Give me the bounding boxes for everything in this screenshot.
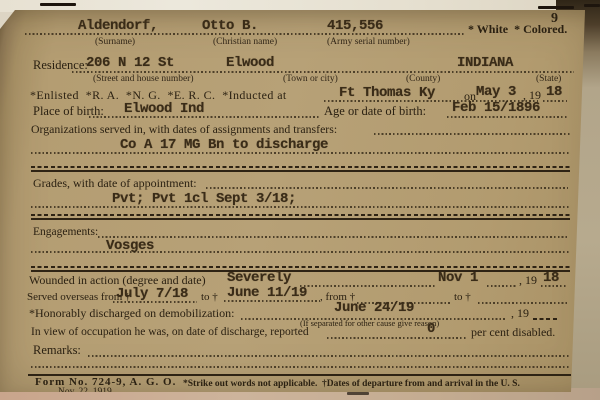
inducted-place-value: Ft Thomas Ky — [339, 86, 435, 101]
overseas-to-label2: to † — [454, 291, 471, 303]
dotted-rule — [31, 152, 570, 154]
wounded-year-printed: , 19 — [519, 274, 537, 287]
residence-street-value: 206 N 12 St — [86, 56, 174, 71]
induction-year-typed: 18 — [546, 85, 562, 100]
organizations-value: Co A 17 MG Bn to discharge — [120, 138, 328, 153]
wounded-degree-value: Severely — [227, 271, 291, 286]
dotted-rule — [206, 187, 568, 189]
card-edge-mark — [584, 4, 600, 7]
blank-rule — [533, 318, 557, 320]
birth-date-label: Age or date of birth: — [324, 105, 426, 119]
card-edge-mark — [538, 6, 574, 9]
dotted-rule — [541, 285, 567, 287]
overseas-from1-value: July 7/18 — [116, 287, 188, 302]
organizations-label: Organizations served in, with dates of a… — [31, 123, 337, 136]
discharge-note: (If separated for other cause give reaso… — [300, 319, 439, 328]
surname-label: (Surname) — [95, 37, 135, 47]
section-divider — [31, 266, 570, 268]
discharge-year-printed: , 19 — [511, 307, 529, 320]
overseas-to-label1: to † — [201, 291, 218, 303]
dotted-rule — [113, 301, 197, 303]
race-options-label: * White * Colored. — [468, 23, 567, 36]
serial-number-value: 415,556 — [327, 19, 383, 34]
christian-name-label: (Christian name) — [213, 37, 277, 47]
dotted-rule — [543, 100, 567, 102]
county-label: (County) — [406, 74, 440, 84]
section-divider — [31, 218, 570, 220]
dotted-rule — [224, 300, 320, 302]
dotted-rule — [487, 285, 517, 287]
state-label: (State) — [536, 74, 561, 84]
serial-number-label: (Army serial number) — [327, 37, 410, 47]
wounded-year-typed: 18 — [543, 271, 559, 286]
town-label: (Town or city) — [283, 74, 338, 84]
section-divider — [31, 166, 570, 168]
dotted-rule — [447, 116, 568, 118]
dotted-rule — [31, 206, 570, 208]
surname-value: Aldendorf, — [78, 19, 158, 34]
street-label: (Street and house number) — [93, 74, 194, 84]
section-divider — [31, 270, 570, 272]
grades-value: Pvt; Pvt 1cl Sept 3/18; — [112, 192, 296, 207]
engagements-label: Engagements: — [33, 226, 98, 239]
dotted-rule — [327, 337, 467, 339]
birth-date-value: Feb 15/1896 — [452, 101, 540, 116]
dotted-rule — [31, 366, 570, 368]
strike-note: *Strike out words not applicable. — [183, 379, 317, 389]
discharged-label: *Honorably discharged on demobilization: — [29, 307, 234, 320]
dotted-rule — [374, 133, 570, 135]
card-edge-mark — [40, 3, 76, 6]
section-divider — [31, 214, 570, 216]
wounded-date-value: Nov 1 — [438, 271, 478, 286]
residence-state-value: INDIANA — [457, 56, 513, 71]
dotted-rule — [88, 355, 570, 357]
dotted-rule — [478, 302, 568, 304]
induction-date-value: May 3 — [476, 85, 516, 100]
birth-place-value: Elwood Ind — [124, 102, 204, 117]
dotted-rule — [72, 71, 574, 73]
grades-label: Grades, with date of appointment: — [33, 177, 197, 190]
dotted-rule — [31, 251, 570, 253]
disability-suffix: per cent disabled. — [471, 326, 555, 339]
print-code-mark — [347, 392, 369, 395]
disability-value: 0 — [427, 322, 435, 337]
discharge-date-value: June 24/19 — [334, 301, 414, 316]
dotted-rule — [300, 285, 436, 287]
record-card: 9 Aldendorf, Otto B. 415,556 * White * C… — [0, 10, 600, 392]
remarks-label: Remarks: — [33, 344, 81, 358]
residence-town-value: Elwood — [226, 56, 274, 71]
disability-label: In view of occupation he was, on date of… — [31, 326, 309, 339]
overseas-to1-value: June 11/19 — [227, 286, 307, 301]
section-divider — [31, 170, 570, 172]
dagger-note: †Dates of departure from and arrival in … — [322, 379, 520, 389]
service-record-card-scan: 9 Aldendorf, Otto B. 415,556 * White * C… — [0, 0, 600, 400]
christian-name-value: Otto B. — [202, 19, 258, 34]
dotted-rule — [98, 236, 568, 238]
